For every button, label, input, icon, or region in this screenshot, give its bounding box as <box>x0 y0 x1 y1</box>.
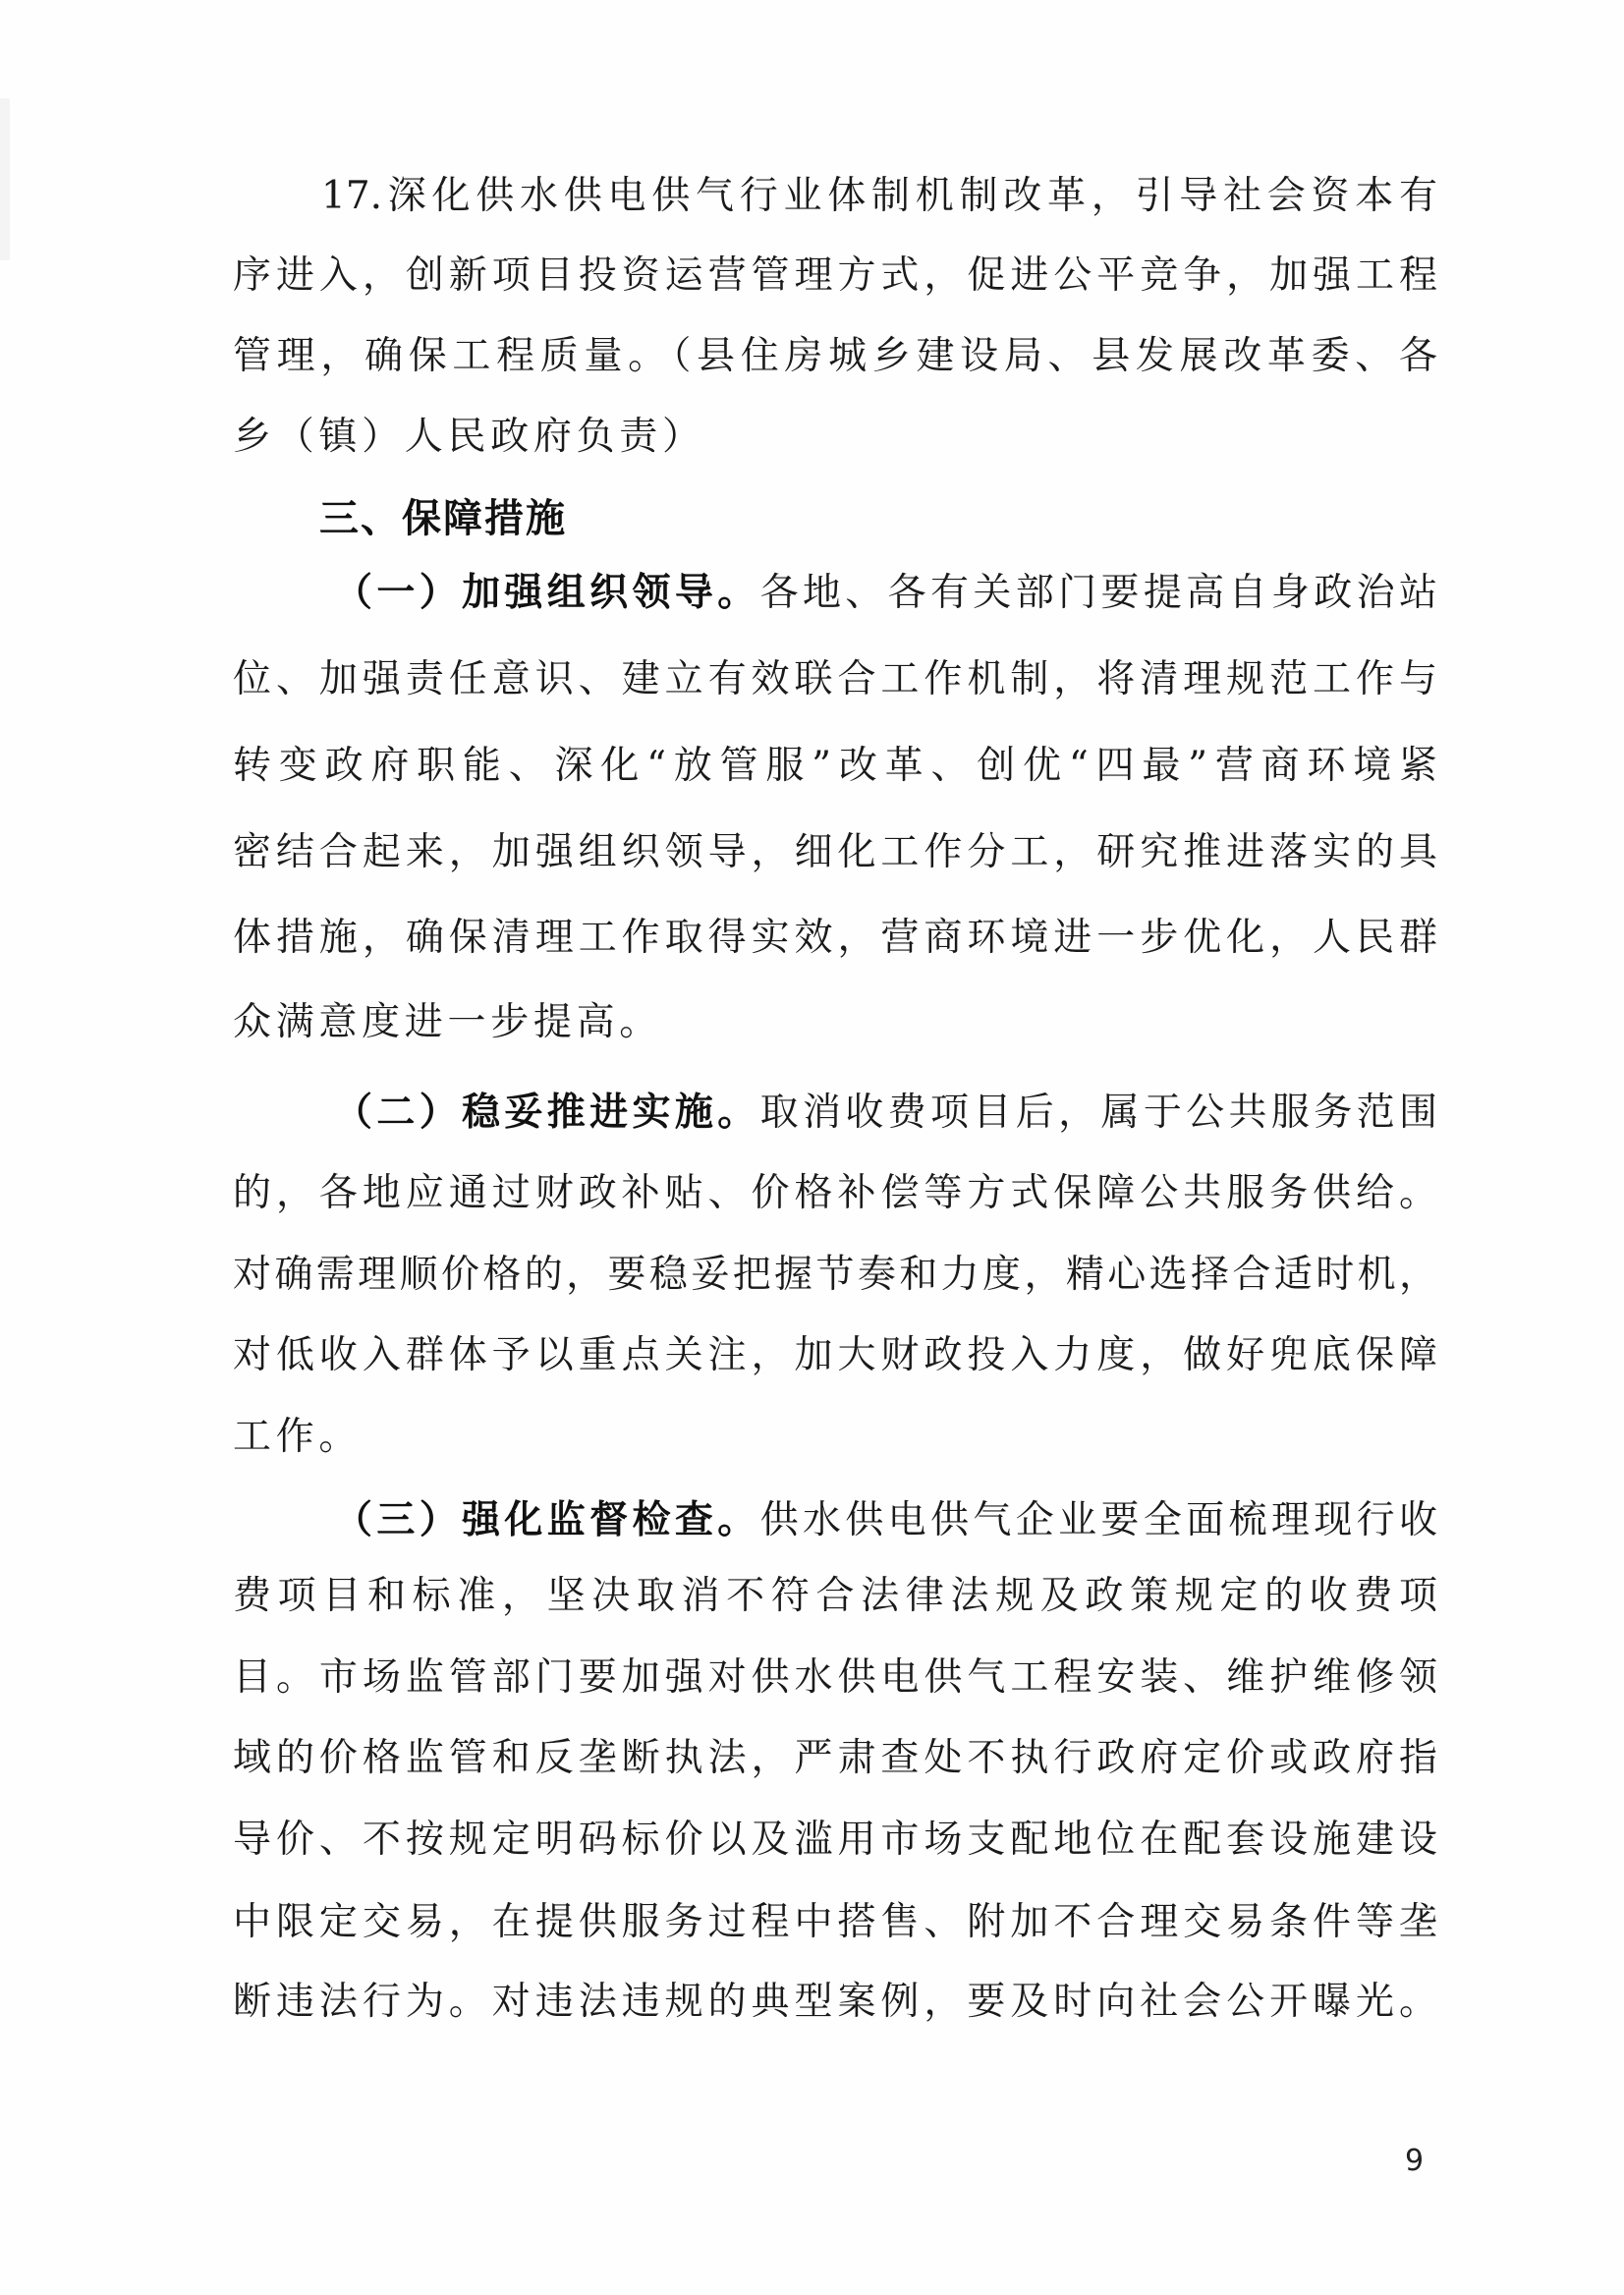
sub1-line-6: 众满意度进一步提高。 <box>233 995 1437 1050</box>
sub2-first-line-text: 取消收费项目后，属于公共服务范围 <box>760 1091 1437 1135</box>
scan-edge-artifact <box>0 98 10 260</box>
sub2-line-3: 对确需理顺价格的，要稳妥把握节奏和力度，精心选择合适时机， <box>233 1248 1437 1303</box>
item17-line-1: 17.深化供水供电供气行业体制机制改革，引导社会资本有 <box>321 169 1437 224</box>
item17-line-4: 乡（镇）人民政府负责） <box>233 410 1437 465</box>
sub3-line-4: 域的价格监管和反垄断执法，严肃查处不执行政府定价或政府指 <box>233 1731 1437 1786</box>
sub3-line-2: 费项目和标准，坚决取消不符合法律法规及政策规定的收费项 <box>233 1569 1437 1624</box>
sub3-title: （三）强化监督检查。 <box>334 1498 760 1542</box>
sub2-line-2: 的，各地应通过财政补贴、价格补偿等方式保障公共服务供给。 <box>233 1166 1437 1221</box>
sub1-line-5: 体措施，确保清理工作取得实效，营商环境进一步优化，人民群 <box>233 911 1437 966</box>
sub1-first-line: （一）加强组织领导。各地、各有关部门要提高自身政治站 <box>334 566 1437 621</box>
sub3-line-7: 断违法行为。对违法违规的典型案例，要及时向社会公开曝光。 <box>233 1975 1437 2030</box>
sub1-line-4: 密结合起来，加强组织领导，细化工作分工，研究推进落实的具 <box>233 825 1437 880</box>
sub1-first-line-text: 各地、各有关部门要提高自身政治站 <box>760 571 1437 615</box>
sub3-first-line-text: 供水供电供气企业要全面梳理现行收 <box>760 1498 1437 1542</box>
sub2-first-line: （二）稳妥推进实施。取消收费项目后，属于公共服务范围 <box>334 1086 1437 1141</box>
sub3-line-5: 导价、不按规定明码标价以及滥用市场支配地位在配套设施建设 <box>233 1813 1437 1868</box>
item17-line-3: 管理，确保工程质量。（县住房城乡建设局、县发展改革委、各 <box>233 329 1437 384</box>
section-heading: 三、保障措施 <box>319 489 567 548</box>
sub2-line-4: 对低收入群体予以重点关注，加大财政投入力度，做好兜底保障 <box>233 1328 1437 1383</box>
sub3-first-line: （三）强化监督检查。供水供电供气企业要全面梳理现行收 <box>334 1493 1437 1548</box>
sub1-line-2: 位、加强责任意识、建立有效联合工作机制，将清理规范工作与 <box>233 652 1437 707</box>
sub3-line-3: 目。市场监管部门要加强对供水供电供气工程安装、维护维修领 <box>233 1651 1437 1706</box>
sub1-line-3: 转变政府职能、深化“放管服”改革、创优“四最”营商环境紧 <box>233 739 1437 794</box>
sub2-title: （二）稳妥推进实施。 <box>334 1091 760 1135</box>
item17-line-2: 序进入，创新项目投资运营管理方式，促进公平竞争，加强工程 <box>233 249 1437 304</box>
page-number: 9 <box>1405 2144 1424 2178</box>
sub2-line-5: 工作。 <box>233 1410 1437 1465</box>
sub1-title: （一）加强组织领导。 <box>334 571 760 615</box>
document-page: 17.深化供水供电供气行业体制机制改革，引导社会资本有 序进入，创新项目投资运营… <box>0 0 1624 2295</box>
sub3-line-6: 中限定交易，在提供服务过程中搭售、附加不合理交易条件等垄 <box>233 1895 1437 1950</box>
